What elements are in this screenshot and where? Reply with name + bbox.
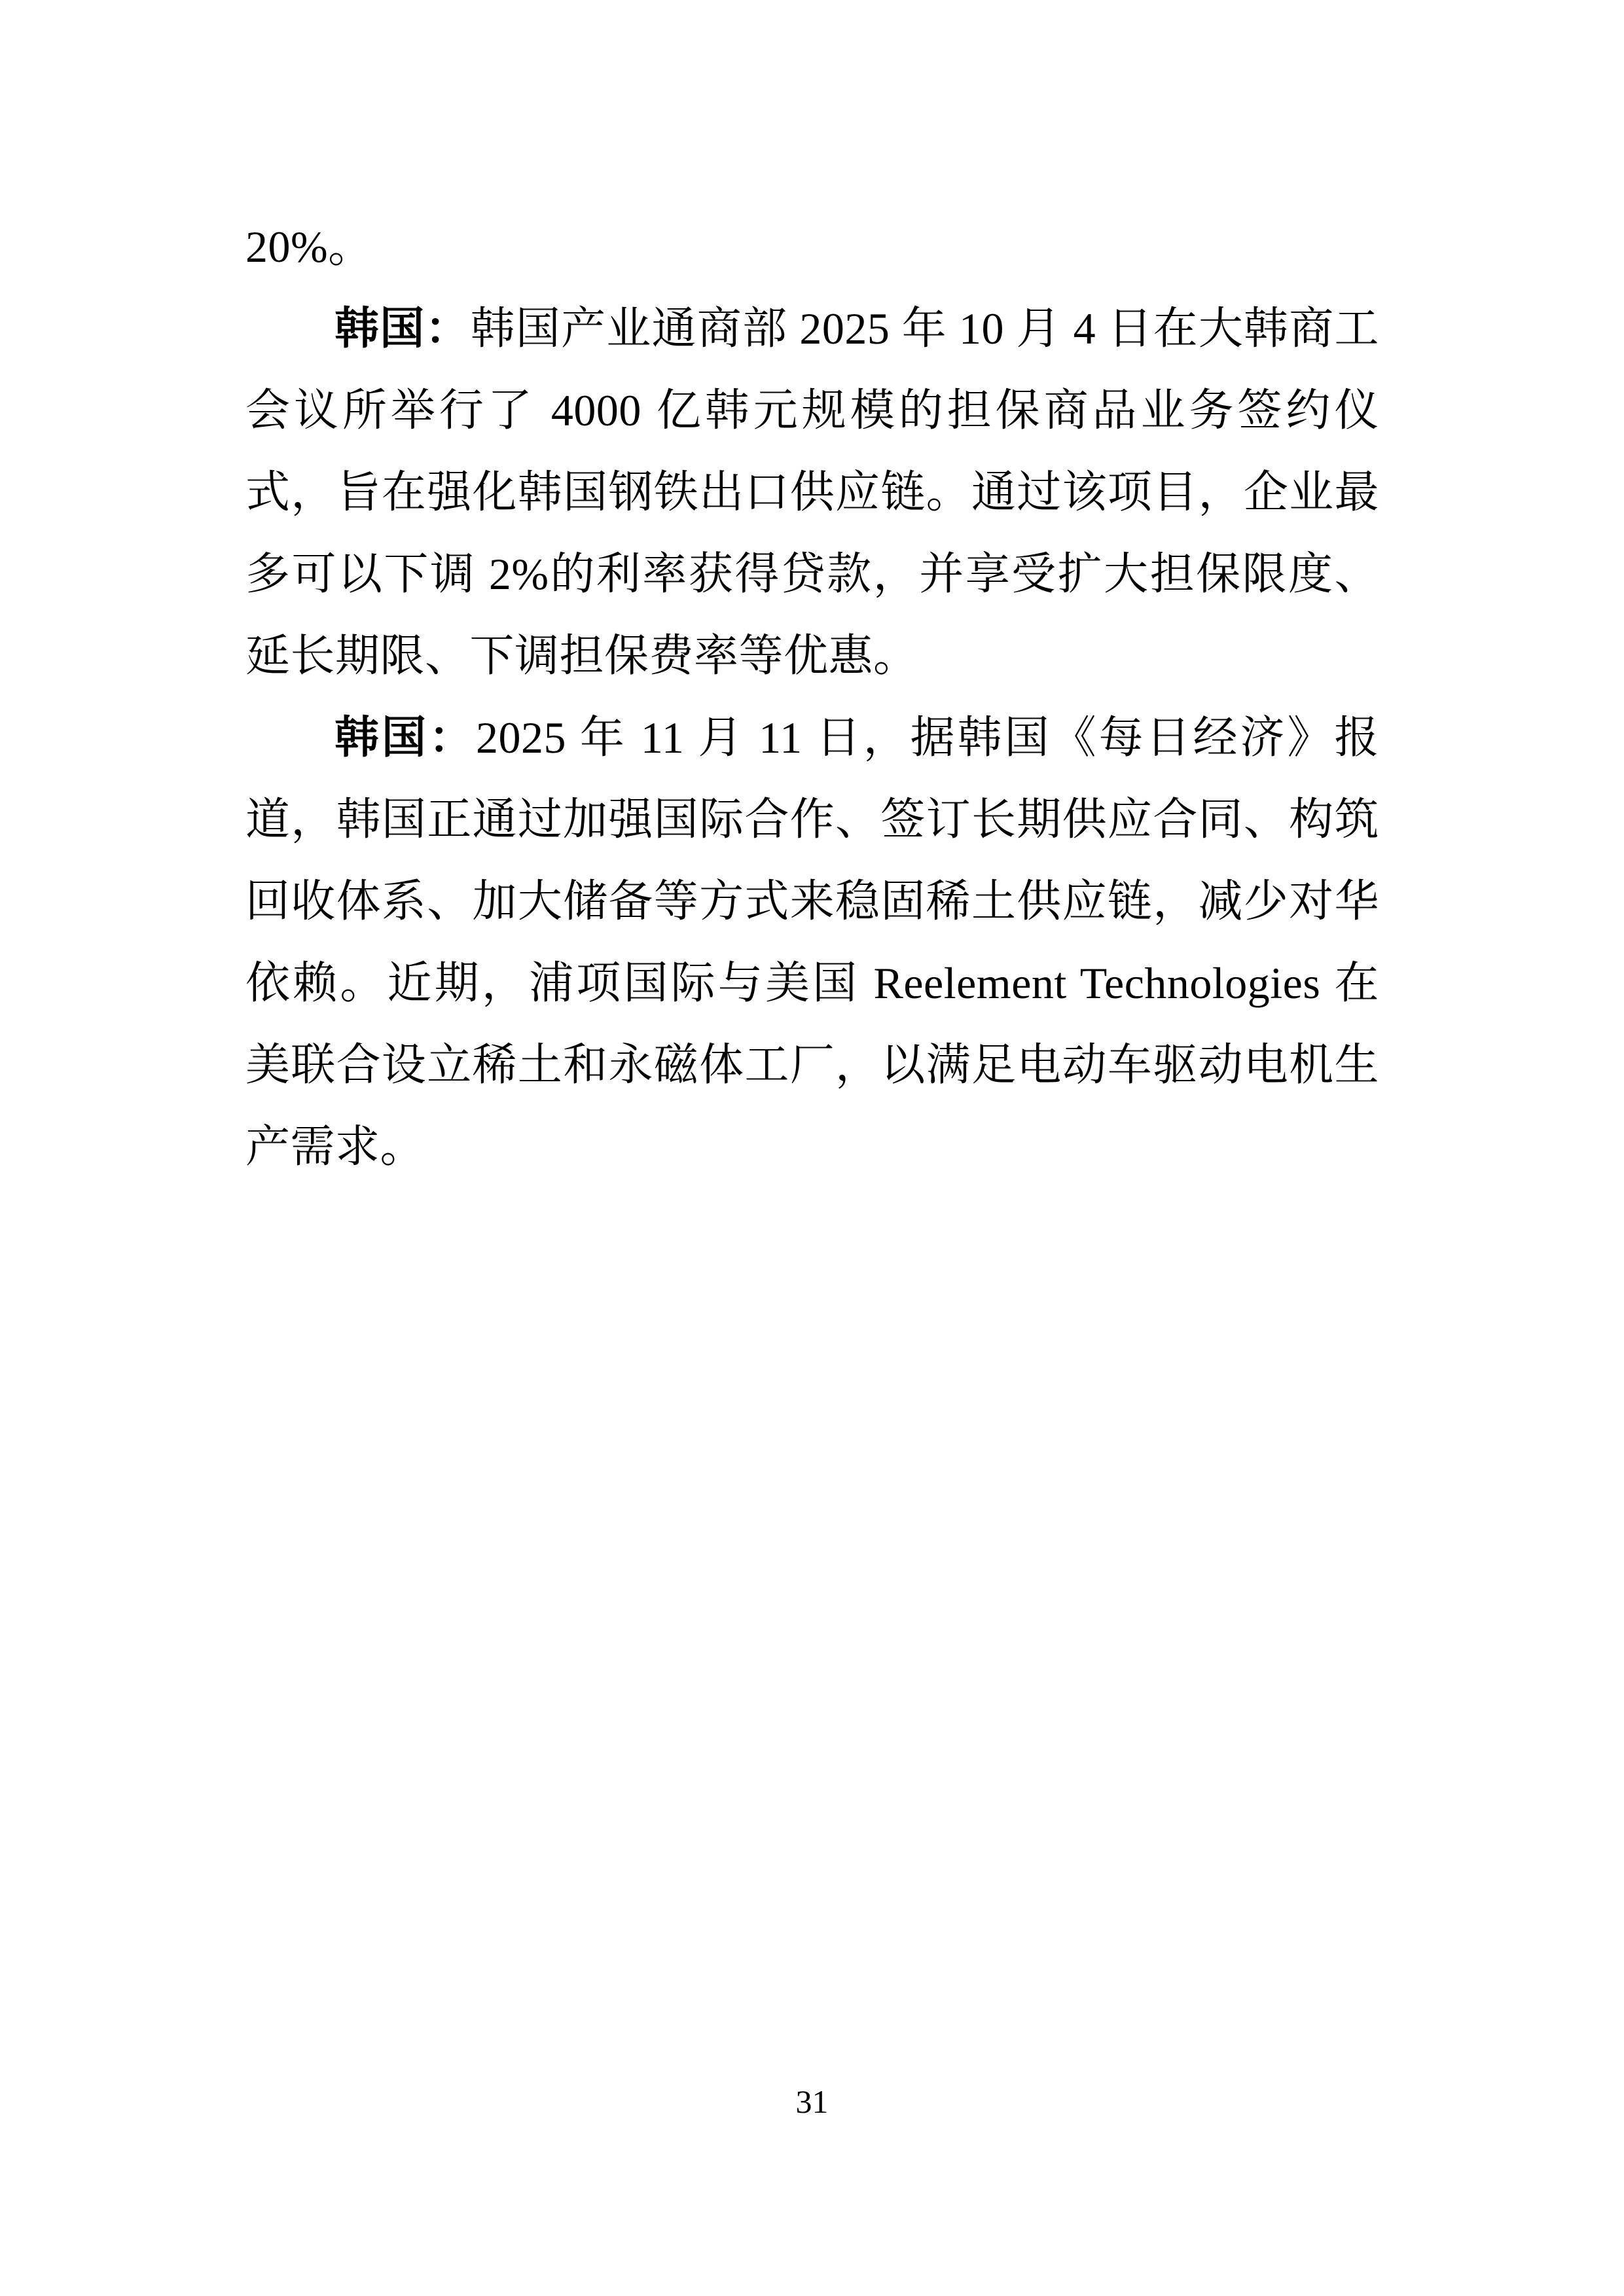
page-footer: 31: [0, 2085, 1624, 2118]
text-block: 20%。 韩国：韩国产业通商部 2025 年 10 月 4 日在大韩商工会议所举…: [245, 206, 1379, 1188]
page-number: 31: [796, 2083, 829, 2120]
paragraph-korea-steel: 韩国：韩国产业通商部 2025 年 10 月 4 日在大韩商工会议所举行了 40…: [245, 288, 1379, 697]
paragraph-continuation: 20%。: [245, 206, 1379, 288]
paragraph-text: 韩国产业通商部 2025 年 10 月 4 日在大韩商工会议所举行了 4000 …: [245, 304, 1379, 681]
paragraph-text: 20%。: [245, 222, 373, 272]
paragraph-text: 2025 年 11 月 11 日，据韩国《每日经济》报道，韩国正通过加强国际合作…: [245, 713, 1379, 1172]
paragraph-lead: 韩国：: [334, 304, 471, 353]
paragraph-lead: 韩国：: [334, 713, 476, 762]
document-page: 20%。 韩国：韩国产业通商部 2025 年 10 月 4 日在大韩商工会议所举…: [0, 0, 1624, 2296]
paragraph-korea-rare-earth: 韩国：2025 年 11 月 11 日，据韩国《每日经济》报道，韩国正通过加强国…: [245, 697, 1379, 1188]
